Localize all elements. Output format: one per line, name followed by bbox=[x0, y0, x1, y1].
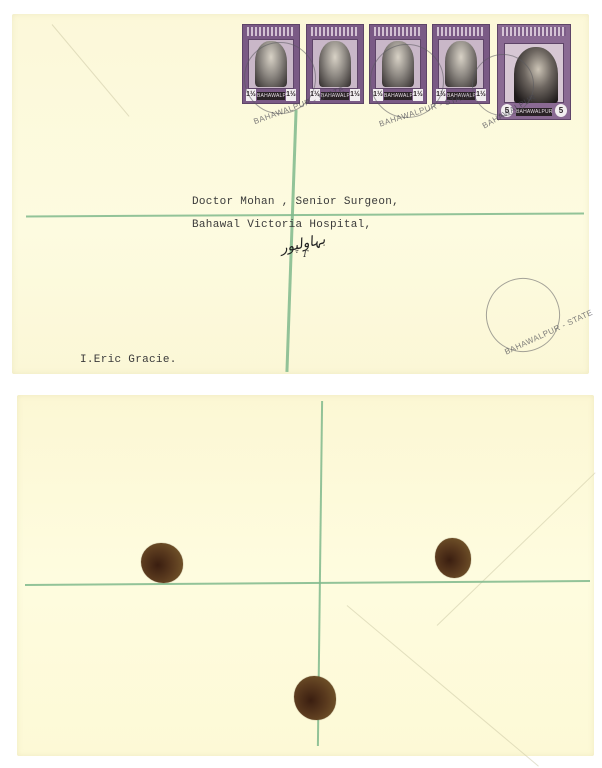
stamp-urdu-inscription bbox=[247, 27, 295, 36]
envelope-front: 1½ BAHAWALPUR 1½ 1½ BAHAWALPUR 1½ 1½ BAH… bbox=[12, 14, 589, 374]
handwritten-mark: T bbox=[302, 250, 308, 260]
postmark-text: BAHAWALPUR - STATE bbox=[503, 308, 594, 357]
postmark-2: BAHAWALPUR - STATE bbox=[370, 44, 444, 118]
fold-mark bbox=[52, 24, 130, 117]
postmark-text: BAHAWALPUR - STATE bbox=[378, 90, 472, 128]
wax-seal-bottom bbox=[294, 676, 336, 720]
registration-cross-horizontal bbox=[26, 213, 584, 218]
postmark-text: BAHAWALPUR - STATE bbox=[252, 85, 345, 126]
sender-name: I.Eric Gracie. bbox=[80, 354, 177, 366]
address-line-1: Doctor Mohan , Senior Surgeon, bbox=[192, 196, 399, 208]
stamp-value-right: 1½ bbox=[350, 89, 360, 101]
address-line-2: Bahawal Victoria Hospital, bbox=[192, 219, 371, 231]
stamp-urdu-inscription bbox=[374, 27, 422, 36]
postmark-1: BAHAWALPUR - STATE bbox=[244, 42, 316, 114]
stamp-value-right: 5 bbox=[555, 104, 567, 117]
stamp-urdu-inscription bbox=[311, 27, 359, 36]
wax-seal-right bbox=[435, 538, 471, 578]
registration-cross-horizontal bbox=[25, 580, 590, 586]
envelope-back bbox=[17, 395, 594, 756]
stamp-urdu-inscription bbox=[502, 27, 566, 36]
wax-seal-left bbox=[141, 543, 183, 583]
stamp-urdu-inscription bbox=[437, 27, 485, 36]
postmark-3: BAHAWALPUR bbox=[472, 54, 534, 116]
flap-fold bbox=[347, 605, 539, 766]
portrait-icon bbox=[319, 41, 351, 87]
postmark-4: BAHAWALPUR - STATE bbox=[474, 266, 572, 364]
